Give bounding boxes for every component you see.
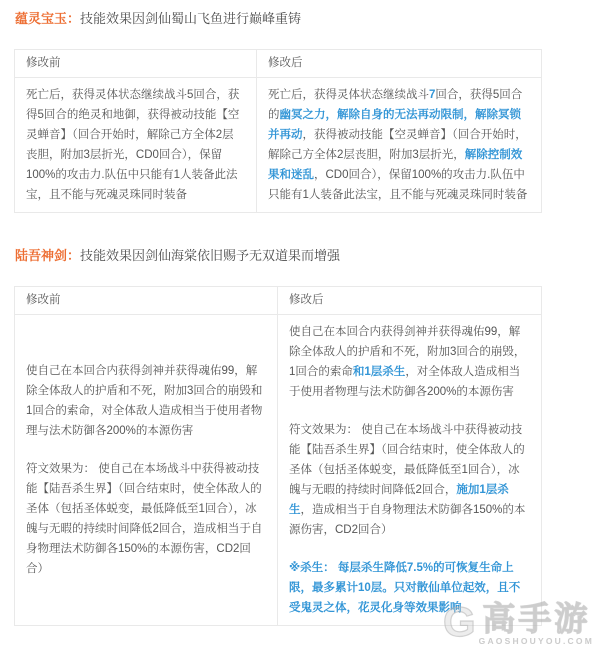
paragraph: 使自己在本回合内获得剑神并获得魂佑99，解除全体敌人的护盾和不死，附加3回合的崩…	[26, 361, 266, 441]
column-header-before: 修改前	[15, 287, 278, 315]
before-cell: 死亡后，获得灵体状态继续战斗5回合，获得5回合的绝灵和地御，获得被动技能【空灵蝉…	[15, 78, 257, 213]
patch-notes-page: 蕴灵宝玉：技能效果因剑仙蜀山飞鱼进行巅峰重铸 修改前 修改后 死亡后，获得灵体状…	[0, 0, 600, 626]
item-change-summary: 技能效果因剑仙海棠依旧赐予无双道果而增强	[80, 248, 340, 263]
paragraph: 死亡后，获得灵体状态继续战斗7回合，获得5回合的幽冥之力，解除自身的无法再动限制…	[268, 85, 530, 205]
section-title: 陆吾神剑：技能效果因剑仙海棠依旧赐予无双道果而增强	[15, 247, 586, 264]
section-yunlingbaoyu: 蕴灵宝玉：技能效果因剑仙蜀山飞鱼进行巅峰重铸 修改前 修改后 死亡后，获得灵体状…	[14, 10, 586, 213]
table-header-row: 修改前 修改后	[15, 287, 542, 315]
paragraph: 符文效果为： 使自己在本场战斗中获得被动技能【陆吾杀生界】（回合结束时，使全体敌…	[26, 459, 266, 579]
paragraph: 死亡后，获得灵体状态继续战斗5回合，获得5回合的绝灵和地御，获得被动技能【空灵蝉…	[26, 85, 245, 205]
highlighted-change-text: ※杀生： 每层杀生降低7.5%的可恢复生命上限，最多累计10层。只对散仙单位起效…	[289, 562, 520, 614]
table-body-row: 使自己在本回合内获得剑神并获得魂佑99，解除全体敌人的护盾和不死，附加3回合的崩…	[15, 315, 542, 626]
before-after-table: 修改前 修改后 使自己在本回合内获得剑神并获得魂佑99，解除全体敌人的护盾和不死…	[14, 286, 542, 626]
column-header-after: 修改后	[278, 287, 542, 315]
body-text: 死亡后，获得灵体状态继续战斗5回合，获得5回合的绝灵和地御，获得被动技能【空灵蝉…	[26, 89, 239, 201]
paragraph: 符文效果为： 使自己在本场战斗中获得被动技能【陆吾杀生界】（回合结束时，使全体敌…	[289, 420, 530, 540]
body-text: ，造成相当于自身物理法术防御各150%的本源伤害，CD2回合）	[289, 504, 525, 536]
title-colon: ：	[67, 11, 80, 26]
before-cell: 使自己在本回合内获得剑神并获得魂佑99，解除全体敌人的护盾和不死，附加3回合的崩…	[15, 315, 278, 626]
section-title: 蕴灵宝玉：技能效果因剑仙蜀山飞鱼进行巅峰重铸	[15, 10, 586, 27]
column-header-before: 修改前	[15, 50, 257, 78]
after-cell: 死亡后，获得灵体状态继续战斗7回合，获得5回合的幽冥之力，解除自身的无法再动限制…	[257, 78, 542, 213]
before-after-table: 修改前 修改后 死亡后，获得灵体状态继续战斗5回合，获得5回合的绝灵和地御，获得…	[14, 49, 542, 213]
highlighted-change-text: 和1层杀生	[353, 366, 405, 378]
body-text: 死亡后，获得灵体状态继续战斗	[268, 89, 429, 101]
title-colon: ：	[67, 248, 80, 263]
paragraph: ※杀生： 每层杀生降低7.5%的可恢复生命上限，最多累计10层。只对散仙单位起效…	[289, 558, 530, 618]
body-text: 使自己在本回合内获得剑神并获得魂佑99，解除全体敌人的护盾和不死，附加3回合的崩…	[26, 365, 262, 437]
watermark-url-text: GAOSHOUYOU.COM	[479, 636, 594, 646]
item-name: 陆吾神剑	[15, 248, 67, 263]
after-cell: 使自己在本回合内获得剑神并获得魂佑99，解除全体敌人的护盾和不死，附加3回合的崩…	[278, 315, 542, 626]
table-body-row: 死亡后，获得灵体状态继续战斗5回合，获得5回合的绝灵和地御，获得被动技能【空灵蝉…	[15, 78, 542, 213]
paragraph: 使自己在本回合内获得剑神并获得魂佑99，解除全体敌人的护盾和不死，附加3回合的崩…	[289, 322, 530, 402]
item-name: 蕴灵宝玉	[15, 11, 67, 26]
item-change-summary: 技能效果因剑仙蜀山飞鱼进行巅峰重铸	[80, 11, 301, 26]
section-luwushenjian: 陆吾神剑：技能效果因剑仙海棠依旧赐予无双道果而增强 修改前 修改后 使自己在本回…	[14, 247, 586, 626]
table-header-row: 修改前 修改后	[15, 50, 542, 78]
body-text: 符文效果为： 使自己在本场战斗中获得被动技能【陆吾杀生界】（回合结束时，使全体敌…	[26, 463, 262, 575]
column-header-after: 修改后	[257, 50, 542, 78]
